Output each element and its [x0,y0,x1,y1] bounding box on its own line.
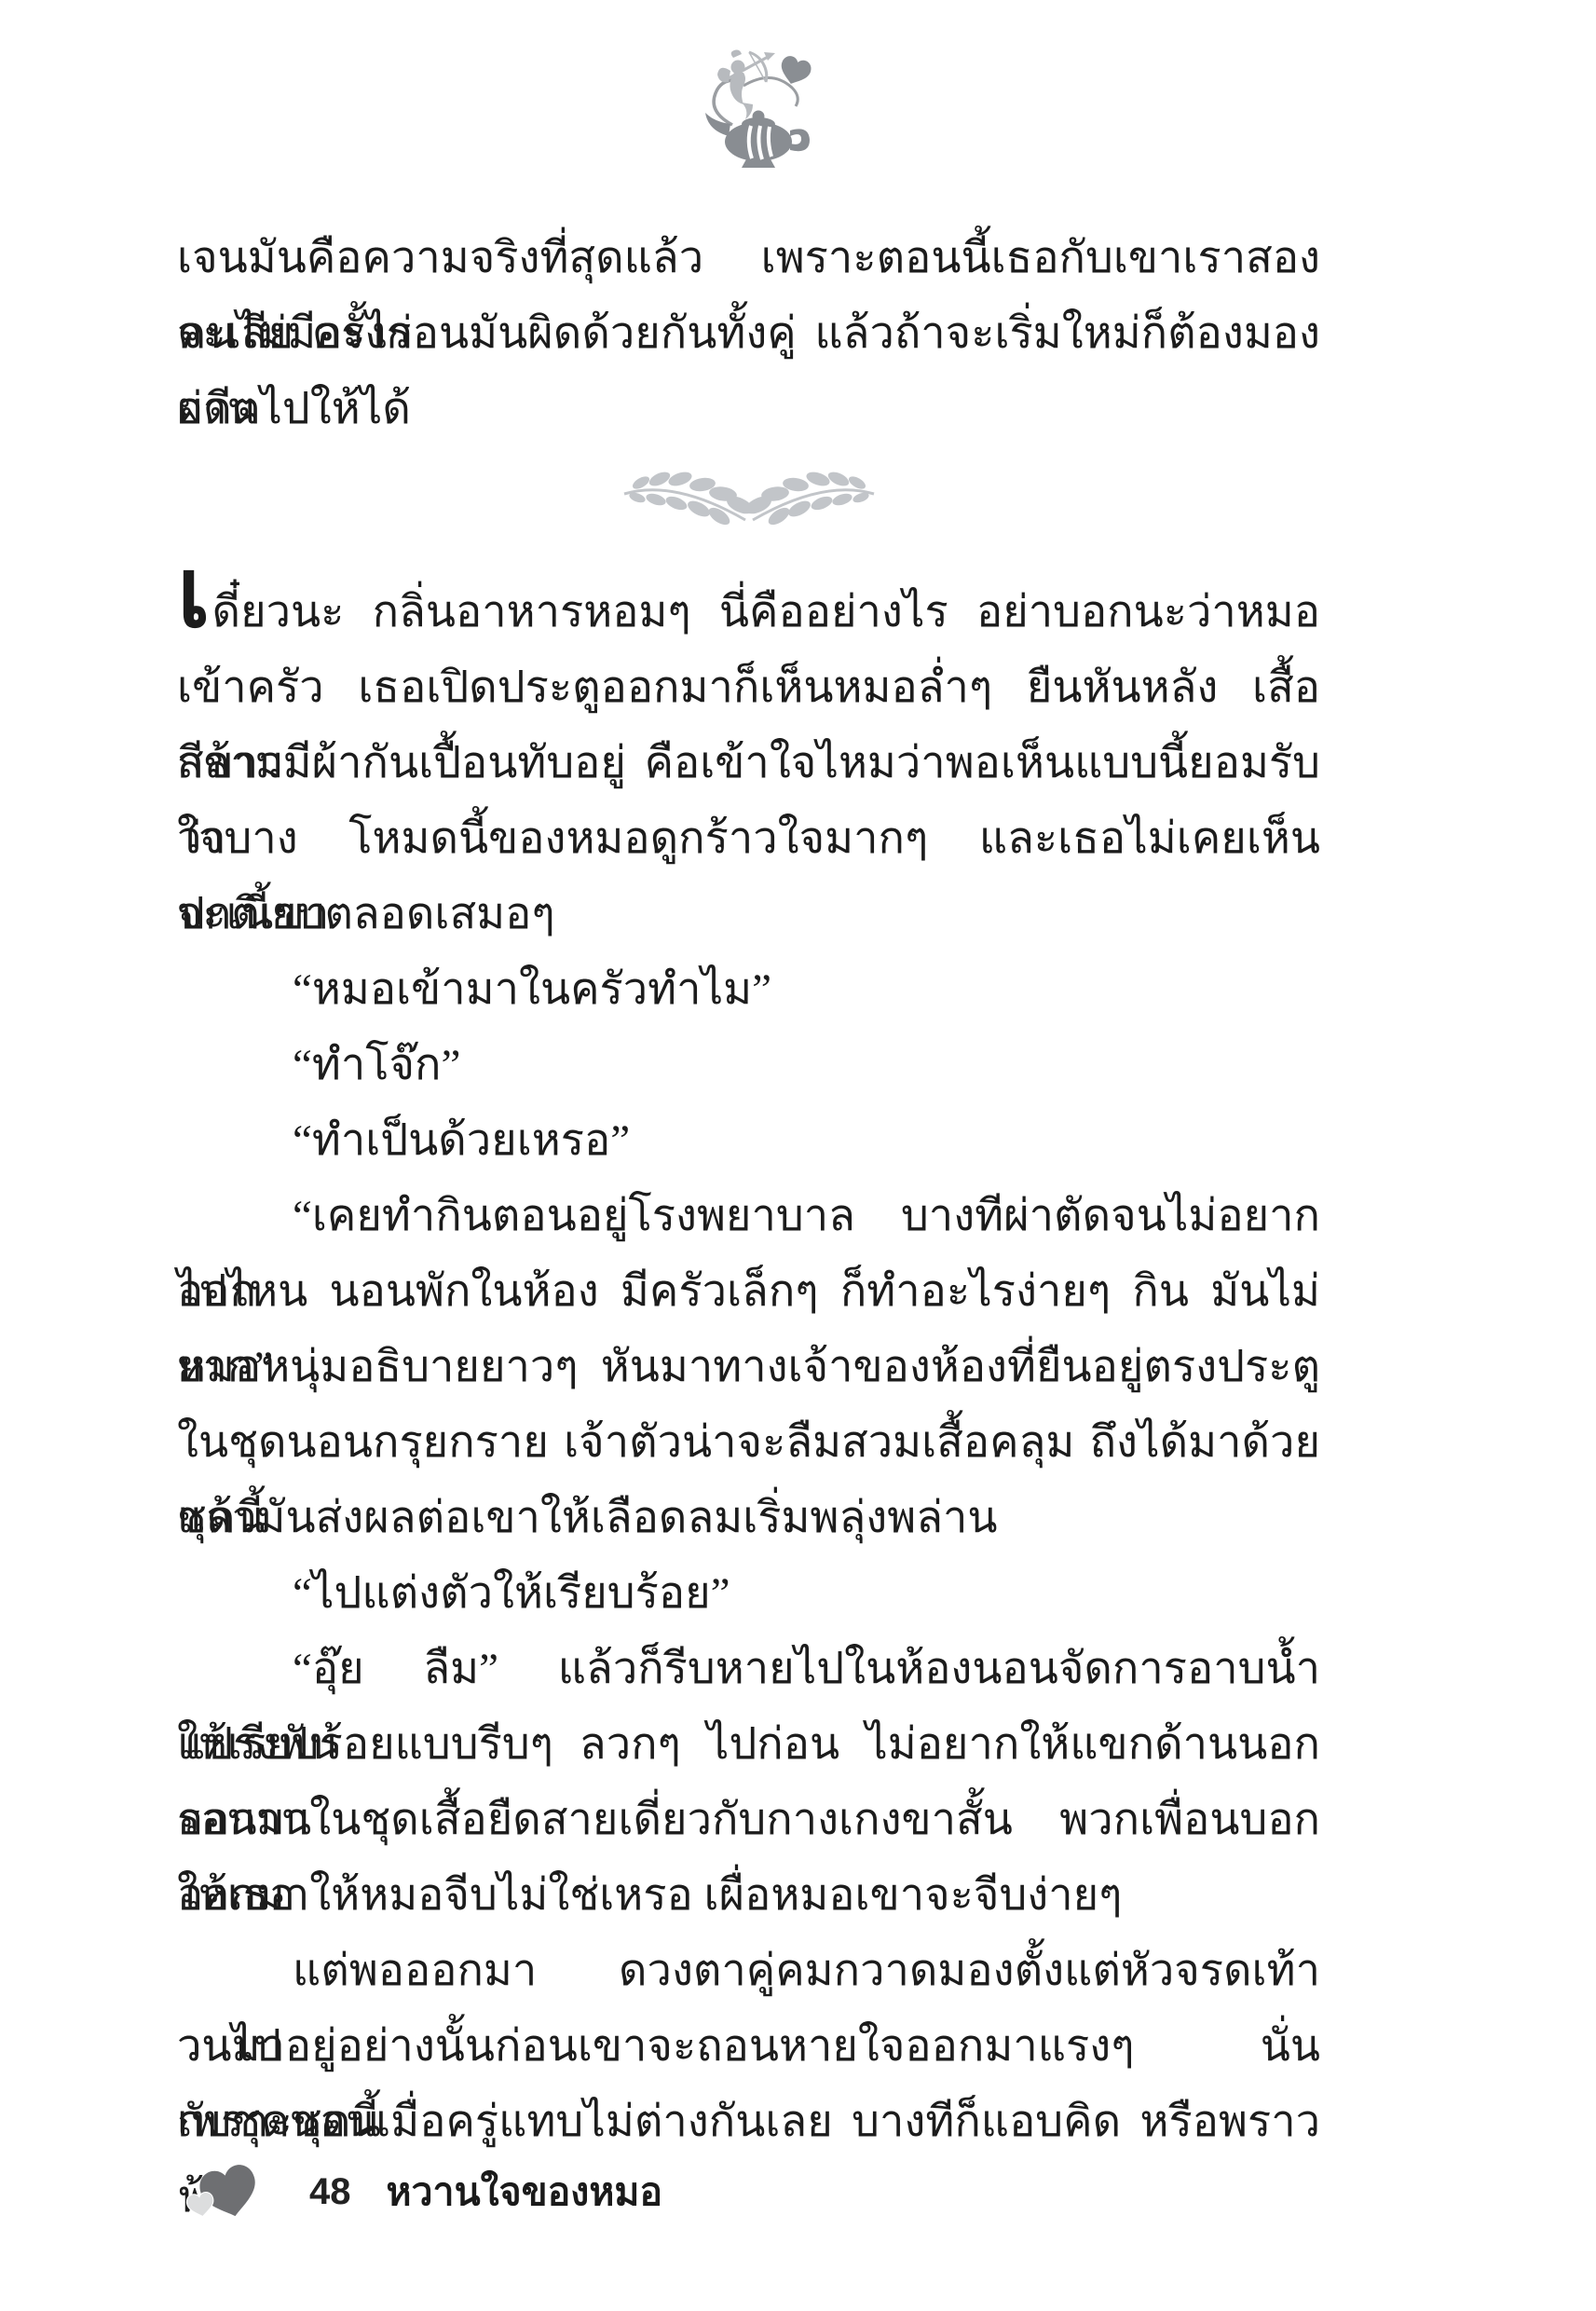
text-line: เจนมันคือความจริงที่สุดแล้ว เพราะตอนนี้เ… [177,221,1320,296]
text-line: จะเสีย ครั้งก่อนมันผิดด้วยกันทั้งคู่ แล้… [177,296,1320,372]
page-footer: 48 หวานใจของหมอ [184,2162,662,2222]
dialogue-line: “อุ๊ย ลืม” แล้วก็รีบหายไปในห้องนอนจัดการ… [177,1632,1320,1707]
lamp-cupid-ornament-icon [701,45,820,171]
text-line-dropcap: เดี๋ยวนะ กลิ่นอาหารหอมๆ นี่คืออย่างไร อย… [177,575,1320,650]
dialogue-line: “ทำเป็นด้วยเหรอ” [177,1103,1320,1179]
book-page: เจนมันคือความจริงที่สุดแล้ว เพราะตอนนี้เ… [0,0,1596,2311]
lamp-cupid-ornament-icon [701,45,820,171]
drop-cap: เ [177,540,211,648]
double-hearts-icon [184,2164,263,2222]
text-line: เข้าครัว เธอเปิดประตูออกมาก็เห็นหมอล่ำๆ … [177,650,1320,726]
body-paragraphs: เดี๋ยวนะ กลิ่นอาหารหอมๆ นี่คืออย่างไร อย… [177,575,1320,2160]
text-line: หมอหนุ่มอธิบายยาวๆ หันมาทางเจ้าของห้องที… [177,1330,1320,1405]
text-line: แล้วมันส่งผลต่อเขาให้เลือดลมเริ่มพลุ่งพล… [177,1481,1320,1556]
text-line: วนมาอยู่อย่างนั้นก่อนเขาจะถอนหายใจออกมาแ… [177,2009,1320,2085]
dialogue-line: “ทำโจ๊ก” [177,1028,1320,1103]
text-line: ใจบาง โหมดนี้ของหมอดูกร้าวใจมากๆ และเธอไ… [177,801,1320,877]
intro-paragraph: เจนมันคือความจริงที่สุดแล้ว เพราะตอนนี้เ… [177,221,1320,447]
dialogue-line: “หมอเข้ามาในครัวทำไม” [177,952,1320,1028]
text-line: กับชุดนอนเมื่อครู่แทบไม่ต่างกันเลย บางที… [177,2085,1320,2160]
text-line: สีขาวมีผ้ากันเปื้อนทับอยู่ คือเข้าใจไหมว… [177,726,1320,801]
text-line: แต่พอออกมา ดวงตาคู่คมกวาดมองตั้งแต่หัวจร… [177,1934,1320,2009]
dialogue-line: “เคยทำกินตอนอยู่โรงพยาบาล บางทีผ่าตัดจนไ… [177,1179,1320,1254]
text-line: ออกมาให้หมอจีบไม่ใช่เหรอ เผื่อหมอเขาจะจี… [177,1858,1320,1934]
laurel-divider-icon [619,462,880,531]
text-line: ให้เรียบร้อยแบบรีบๆ ลวกๆ ไปก่อน ไม่อยากใ… [177,1707,1320,1783]
text-line: จะเนี้ยบตลอดเสมอๆ [177,877,1320,952]
text-line: ในชุดนอนกรุยกราย เจ้าตัวน่าจะลืมสวมเสื้อ… [177,1405,1320,1481]
text-line: อดีตไปให้ได้ [177,372,1320,447]
text-line: ออกมาในชุดเสื้อยืดสายเดี่ยวกับกางเกงขาสั… [177,1783,1320,1858]
book-title: หวานใจของหมอ [387,2162,663,2222]
dialogue-line: “ไปแต่งตัวให้เรียบร้อย” [177,1556,1320,1632]
text-line: ไปไหน นอนพักในห้อง มีครัวเล็กๆ ก็ทำอะไรง… [177,1254,1320,1330]
page-number: 48 [309,2171,351,2213]
text-line: ดี๋ยวนะ กลิ่นอาหารหอมๆ นี่คืออย่างไร อย่… [212,588,1320,636]
laurel-divider-icon [619,462,880,531]
